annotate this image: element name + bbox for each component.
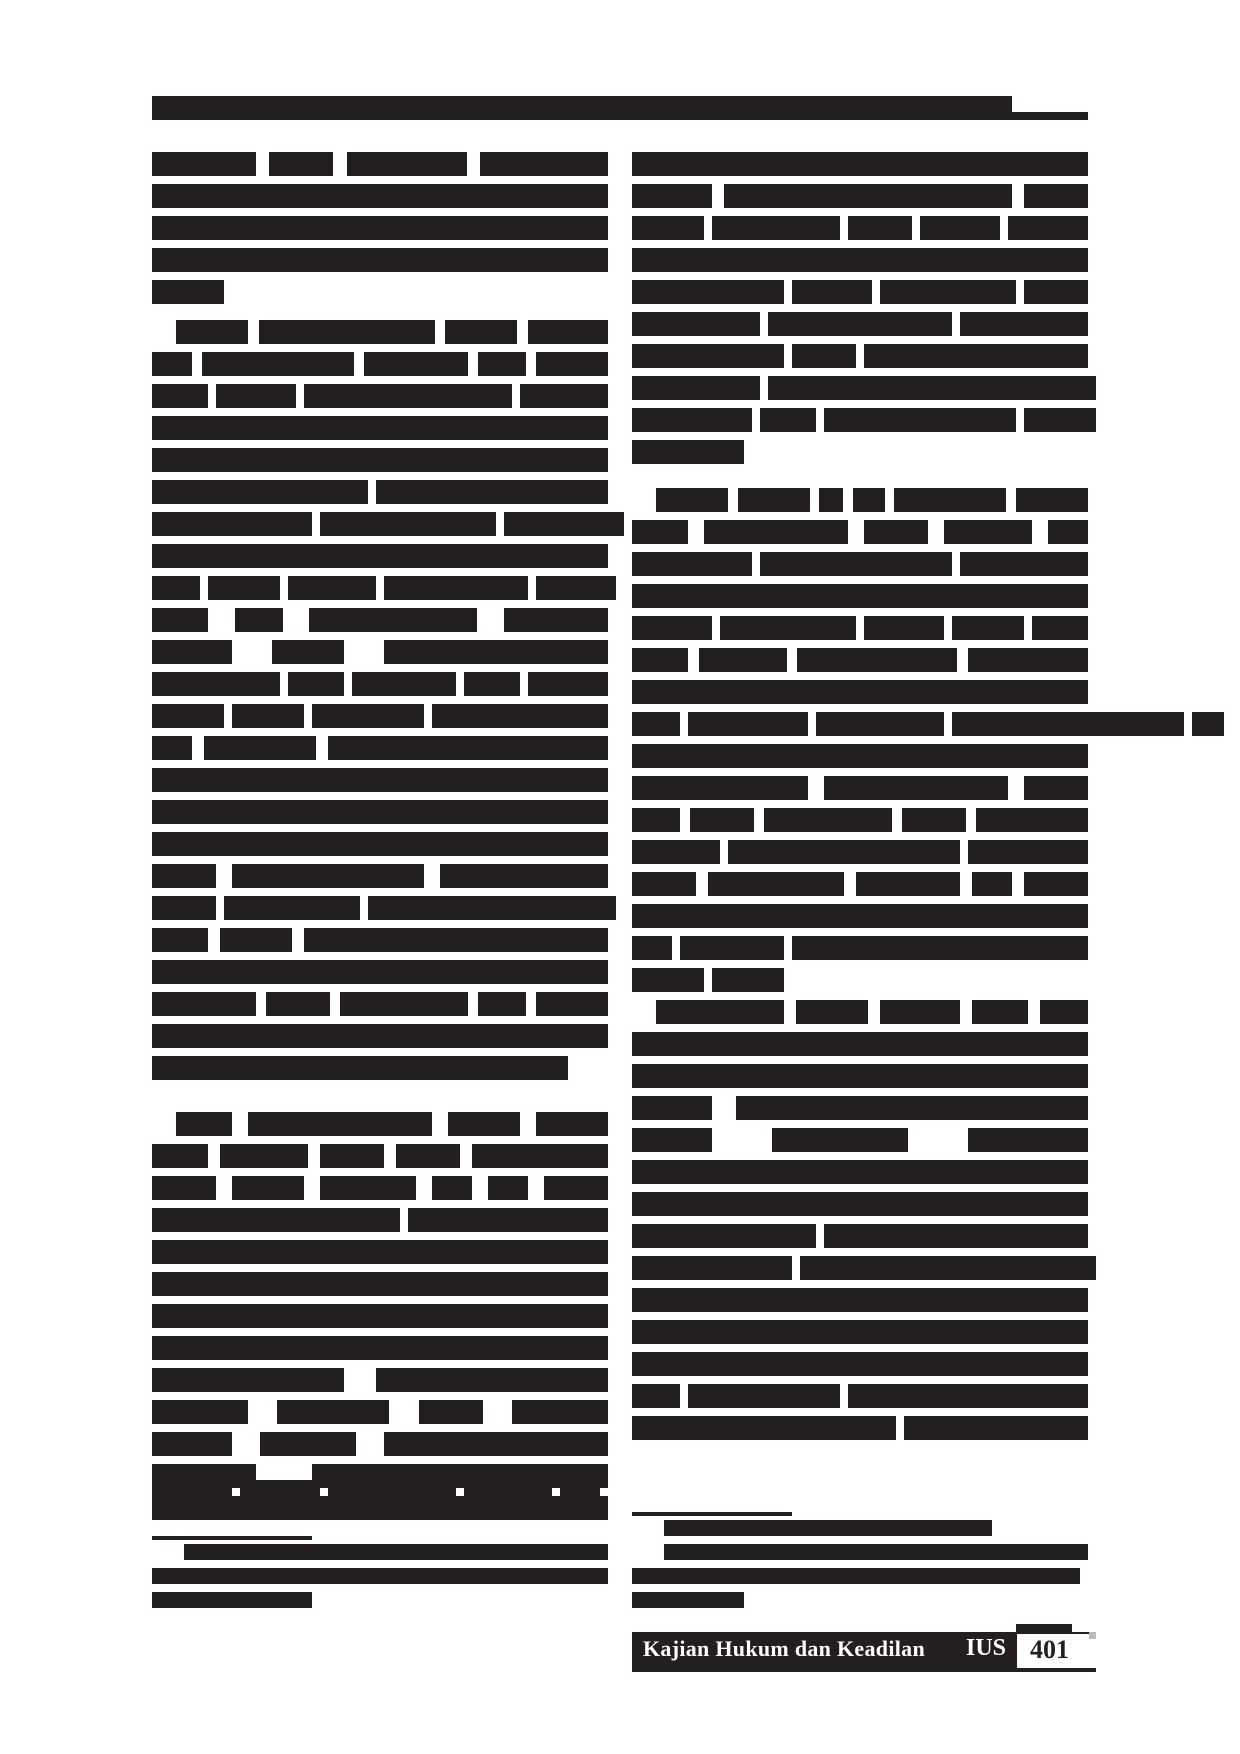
redacted-word <box>309 608 477 632</box>
redacted-text-line <box>176 1112 608 1136</box>
redacted-text-line <box>152 864 608 888</box>
redacted-word <box>368 896 616 920</box>
redacted-text-line <box>632 376 1096 400</box>
redacted-word <box>720 616 856 640</box>
redacted-word <box>1024 280 1088 304</box>
redacted-word <box>152 640 232 664</box>
redacted-text-line <box>152 544 608 568</box>
redacted-word <box>632 312 760 336</box>
redacted-word <box>152 1304 608 1328</box>
redacted-word <box>152 416 608 440</box>
redacted-word <box>152 704 224 728</box>
redacted-text-line <box>632 680 1088 704</box>
redacted-word <box>894 488 1006 512</box>
redacted-word <box>152 384 208 408</box>
header-rule <box>1000 112 1088 120</box>
redacted-word <box>272 640 344 664</box>
redacted-text-line <box>176 320 608 344</box>
redacted-text-line <box>152 152 608 176</box>
redacted-text-line <box>632 712 1224 736</box>
redacted-word <box>824 776 1008 800</box>
redacted-word <box>816 712 944 736</box>
redacted-word <box>960 312 1088 336</box>
redacted-text-line <box>632 872 1088 896</box>
redacted-word <box>240 1480 320 1504</box>
redacted-word <box>952 712 1184 736</box>
redacted-word <box>376 1368 608 1392</box>
redacted-text-line <box>152 1480 600 1504</box>
redacted-word <box>632 904 1088 928</box>
redacted-text-line <box>632 648 1088 672</box>
footnote-rule <box>152 1536 312 1540</box>
redacted-word <box>632 776 808 800</box>
redacted-word <box>419 1400 483 1424</box>
redacted-word <box>472 1144 608 1168</box>
redacted-word <box>259 320 435 344</box>
redacted-text-line <box>152 1272 608 1296</box>
redacted-word <box>1008 216 1088 240</box>
redacted-text-line <box>632 808 1088 832</box>
redacted-word <box>232 704 304 728</box>
redacted-word <box>632 936 672 960</box>
redacted-footnote-line <box>664 1520 992 1536</box>
redacted-word <box>208 576 280 600</box>
redacted-word <box>1024 408 1096 432</box>
redacted-word <box>880 1000 960 1024</box>
redacted-word <box>680 936 784 960</box>
redacted-word <box>699 648 787 672</box>
redacted-word <box>152 544 608 568</box>
redacted-word <box>824 408 1016 432</box>
redacted-text-line <box>632 312 1088 336</box>
redacted-word <box>880 280 1016 304</box>
redacted-word <box>690 808 754 832</box>
redacted-text-line <box>152 1336 608 1360</box>
redacted-word <box>824 1224 1088 1248</box>
redacted-text-line <box>632 1064 1088 1088</box>
redacted-word <box>340 992 468 1016</box>
redacted-word <box>232 864 424 888</box>
redacted-word <box>864 520 928 544</box>
redacted-text-line <box>632 776 1088 800</box>
redacted-text-line <box>632 936 1088 960</box>
redacted-text-line <box>632 280 1088 304</box>
redacted-word <box>976 808 1088 832</box>
redacted-word <box>396 1144 460 1168</box>
redacted-text-line <box>152 960 608 984</box>
redacted-word <box>632 648 688 672</box>
redacted-word <box>528 320 608 344</box>
redacted-word <box>952 616 1024 640</box>
redacted-word <box>448 1112 520 1136</box>
redacted-word <box>632 744 1088 768</box>
redacted-word <box>772 1128 908 1152</box>
redacted-word <box>152 280 224 304</box>
redacted-word <box>152 1176 216 1200</box>
redacted-word <box>152 736 192 760</box>
redacted-word <box>632 1064 1088 1088</box>
redacted-word <box>736 1096 1088 1120</box>
redacted-word <box>152 152 256 176</box>
redacted-text-line <box>632 216 1088 240</box>
redacted-word <box>512 1400 608 1424</box>
redacted-word <box>152 896 216 920</box>
redacted-word <box>488 1176 528 1200</box>
redacted-word <box>792 280 872 304</box>
redacted-word <box>800 1256 1096 1280</box>
redacted-word <box>320 512 496 536</box>
redacted-word <box>704 520 848 544</box>
redacted-word <box>235 608 283 632</box>
redacted-word <box>152 480 368 504</box>
redacted-word <box>216 384 296 408</box>
redacted-word <box>712 968 784 992</box>
redacted-text-line <box>632 1096 1088 1120</box>
redacted-word <box>277 1400 389 1424</box>
redacted-word <box>856 872 960 896</box>
redacted-word <box>864 616 944 640</box>
redacted-footnote-line <box>184 1544 608 1560</box>
redacted-text-line <box>152 704 608 728</box>
redacted-word <box>320 1176 416 1200</box>
redacted-word <box>632 1128 712 1152</box>
redacted-text-line <box>152 384 608 408</box>
redacted-text-line <box>152 1056 568 1080</box>
footnote-rule <box>632 1512 792 1516</box>
redacted-word <box>768 376 1096 400</box>
redacted-word <box>478 992 526 1016</box>
redacted-text-line <box>632 840 1088 864</box>
redacted-word <box>152 1144 208 1168</box>
redacted-text-line <box>152 280 224 304</box>
redacted-word <box>796 1000 868 1024</box>
redacted-word <box>632 1256 792 1280</box>
redacted-word <box>632 968 704 992</box>
redacted-text-line <box>152 896 616 920</box>
redacted-word <box>304 928 608 952</box>
redacted-word <box>1032 616 1088 640</box>
redacted-word <box>853 488 885 512</box>
redacted-text-line <box>632 1128 1088 1152</box>
redacted-word <box>968 648 1088 672</box>
redacted-word <box>1040 1000 1088 1024</box>
redacted-word <box>152 352 192 376</box>
redacted-word <box>632 1096 712 1120</box>
redacted-word <box>728 840 960 864</box>
redacted-word <box>248 1112 432 1136</box>
redacted-word <box>376 480 608 504</box>
redacted-word <box>464 672 520 696</box>
redacted-word <box>220 1144 308 1168</box>
redacted-text-line <box>152 1400 608 1424</box>
redacted-word <box>152 1480 232 1504</box>
redacted-footnote-line <box>632 1568 1080 1584</box>
redacted-text-line <box>632 1032 1088 1056</box>
redacted-word <box>1192 712 1224 736</box>
redacted-word <box>724 184 1012 208</box>
running-header-redacted <box>152 96 1012 120</box>
redacted-word <box>632 872 696 896</box>
redacted-word <box>632 408 752 432</box>
redacted-word <box>797 648 957 672</box>
redacted-text-line <box>152 800 608 824</box>
redacted-word <box>312 704 424 728</box>
redacted-word <box>152 1400 248 1424</box>
redacted-word <box>440 864 608 888</box>
redacted-word <box>352 672 456 696</box>
redacted-word <box>304 384 512 408</box>
redacted-word <box>819 488 843 512</box>
redacted-text-line <box>656 488 1088 512</box>
redacted-word <box>152 1056 568 1080</box>
redacted-word <box>220 928 292 952</box>
redacted-word <box>632 152 1088 176</box>
redacted-word <box>384 1432 608 1456</box>
redacted-text-line <box>152 928 608 952</box>
redacted-word <box>536 1112 608 1136</box>
redacted-text-line <box>632 1224 1088 1248</box>
redacted-word <box>632 520 688 544</box>
redacted-word <box>347 152 467 176</box>
redacted-word <box>520 384 608 408</box>
redacted-word <box>528 672 608 696</box>
redacted-word <box>1024 184 1088 208</box>
redacted-word <box>968 1128 1088 1152</box>
redacted-text-line <box>632 344 1088 368</box>
redacted-text-line <box>632 1160 1088 1184</box>
redacted-word <box>632 1320 1088 1344</box>
redacted-text-line <box>152 480 608 504</box>
redacted-word <box>712 216 840 240</box>
redacted-text-line <box>152 992 608 1016</box>
redacted-text-line <box>152 352 608 376</box>
redacted-text-line <box>152 1432 608 1456</box>
redacted-word <box>364 352 468 376</box>
redacted-word <box>902 808 966 832</box>
redacted-text-line <box>152 1176 608 1200</box>
redacted-word <box>632 552 752 576</box>
redacted-text-line <box>632 248 1088 272</box>
redacted-word <box>632 376 760 400</box>
redacted-word <box>152 1208 400 1232</box>
redacted-word <box>152 1272 608 1296</box>
journal-name: Kajian Hukum dan Keadilan <box>643 1636 925 1662</box>
redacted-text-line <box>632 968 784 992</box>
page-number: 401 <box>1030 1635 1069 1665</box>
redacted-text-line <box>632 1352 1088 1376</box>
redacted-word <box>288 672 344 696</box>
redacted-word <box>656 488 728 512</box>
redacted-word <box>152 1024 608 1048</box>
redacted-text-line <box>152 640 608 664</box>
redacted-word <box>848 216 912 240</box>
redacted-word <box>536 992 608 1016</box>
redacted-word <box>480 152 608 176</box>
redacted-text-line <box>632 552 1088 576</box>
redacted-word <box>152 992 256 1016</box>
footer-tab <box>1016 1624 1072 1632</box>
redacted-word <box>202 352 354 376</box>
redacted-word <box>632 840 720 864</box>
redacted-word <box>632 1192 1088 1216</box>
redacted-word <box>632 616 712 640</box>
redacted-word <box>632 1160 1088 1184</box>
redacted-text-line <box>632 184 1088 208</box>
redacted-text-line <box>152 248 608 272</box>
redacted-word <box>944 520 1032 544</box>
redacted-word <box>408 1208 608 1232</box>
redacted-word <box>632 440 744 464</box>
redacted-text-line <box>632 1416 1088 1440</box>
redacted-word <box>632 280 784 304</box>
redacted-text-line <box>152 512 624 536</box>
redacted-word <box>504 608 608 632</box>
redacted-text-line <box>632 1192 1088 1216</box>
redacted-word <box>760 408 816 432</box>
redacted-text-line <box>152 216 608 240</box>
redacted-word <box>152 448 608 472</box>
redacted-word <box>432 704 608 728</box>
redacted-text-line <box>152 448 608 472</box>
redacted-word <box>152 768 608 792</box>
redacted-word <box>1024 872 1088 896</box>
redacted-word <box>708 872 844 896</box>
footer-corner-mark <box>1089 1632 1096 1639</box>
redacted-word <box>632 1352 1088 1376</box>
redacted-text-line <box>152 1304 608 1328</box>
redacted-text-line <box>632 1384 1088 1408</box>
redacted-text-line <box>632 744 1088 768</box>
redacted-word <box>260 1432 356 1456</box>
redacted-word <box>478 352 526 376</box>
redacted-word <box>632 808 680 832</box>
redacted-text-line <box>152 672 608 696</box>
redacted-word <box>688 1384 840 1408</box>
redacted-word <box>904 1416 1088 1440</box>
redacted-word <box>848 1384 1088 1408</box>
redacted-word <box>152 928 208 952</box>
redacted-word <box>328 736 608 760</box>
redacted-word <box>266 992 330 1016</box>
redacted-footnote-line <box>664 1544 1088 1560</box>
redacted-word <box>152 512 312 536</box>
redacted-text-line <box>152 608 608 632</box>
redacted-word <box>768 312 952 336</box>
redacted-word <box>972 1000 1028 1024</box>
redacted-word <box>152 1432 232 1456</box>
redacted-word <box>632 216 704 240</box>
redacted-text-line <box>152 416 608 440</box>
redacted-word <box>536 576 616 600</box>
redacted-word <box>632 248 1088 272</box>
redacted-text-line <box>632 1320 1088 1344</box>
redacted-word <box>656 1000 784 1024</box>
redacted-word <box>920 216 1000 240</box>
redacted-text-line <box>152 184 608 208</box>
redacted-word <box>269 152 333 176</box>
redacted-word <box>152 248 608 272</box>
redacted-word <box>968 840 1088 864</box>
redacted-word <box>864 344 1088 368</box>
redacted-word <box>632 680 1088 704</box>
redacted-word <box>632 712 680 736</box>
redacted-word <box>632 1416 896 1440</box>
redacted-text-line <box>632 1288 1088 1312</box>
redacted-word <box>152 1336 608 1360</box>
redacted-text-line <box>632 152 1088 176</box>
redacted-word <box>445 320 517 344</box>
redacted-word <box>544 1176 608 1200</box>
redacted-text-line <box>152 1368 608 1392</box>
redacted-word <box>764 808 892 832</box>
redacted-text-line <box>152 768 608 792</box>
redacted-word <box>432 1176 472 1200</box>
redacted-word <box>152 832 608 856</box>
redacted-word <box>152 1368 344 1392</box>
redacted-text-line <box>632 616 1088 640</box>
redacted-word <box>560 1480 600 1504</box>
redacted-word <box>152 1240 608 1264</box>
redacted-word <box>384 576 528 600</box>
redacted-word <box>232 1176 304 1200</box>
redacted-word <box>224 896 360 920</box>
journal-abbrev: IUS <box>966 1635 1006 1662</box>
redacted-word <box>1048 520 1088 544</box>
redacted-word <box>632 1224 816 1248</box>
redacted-word <box>464 1480 552 1504</box>
redacted-text-line <box>152 1240 608 1264</box>
redacted-word <box>152 216 608 240</box>
redacted-word <box>792 344 856 368</box>
redacted-word <box>152 800 608 824</box>
redacted-word <box>760 552 952 576</box>
redacted-word <box>632 184 712 208</box>
redacted-word <box>384 640 608 664</box>
redacted-text-line <box>632 584 1088 608</box>
redacted-word <box>738 488 810 512</box>
redacted-text-line <box>632 408 1096 432</box>
redacted-text-line <box>152 1208 608 1232</box>
redacted-word <box>152 184 608 208</box>
redacted-word <box>152 960 608 984</box>
redacted-word <box>1024 776 1088 800</box>
redacted-word <box>288 576 376 600</box>
redacted-word <box>972 872 1012 896</box>
redacted-text-line <box>152 576 616 600</box>
redacted-text-line <box>152 832 608 856</box>
redacted-word <box>632 584 1088 608</box>
redacted-word <box>152 576 200 600</box>
redacted-footnote-line <box>632 1592 744 1608</box>
redacted-word <box>960 552 1088 576</box>
redacted-word <box>632 1032 1088 1056</box>
redacted-text-line <box>152 1024 608 1048</box>
redacted-word <box>152 608 208 632</box>
redacted-word <box>152 864 216 888</box>
redacted-word <box>328 1480 456 1504</box>
redacted-text-line <box>656 1000 1088 1024</box>
redacted-word <box>632 1384 680 1408</box>
redacted-word <box>320 1144 384 1168</box>
redacted-footnote-line <box>152 1568 608 1584</box>
redacted-text-line <box>632 904 1088 928</box>
redacted-word <box>632 1288 1088 1312</box>
redacted-text-line <box>632 1256 1096 1280</box>
redacted-word <box>152 672 280 696</box>
redacted-text-line <box>152 1144 608 1168</box>
redacted-word <box>1016 488 1088 512</box>
redacted-word <box>792 936 1088 960</box>
